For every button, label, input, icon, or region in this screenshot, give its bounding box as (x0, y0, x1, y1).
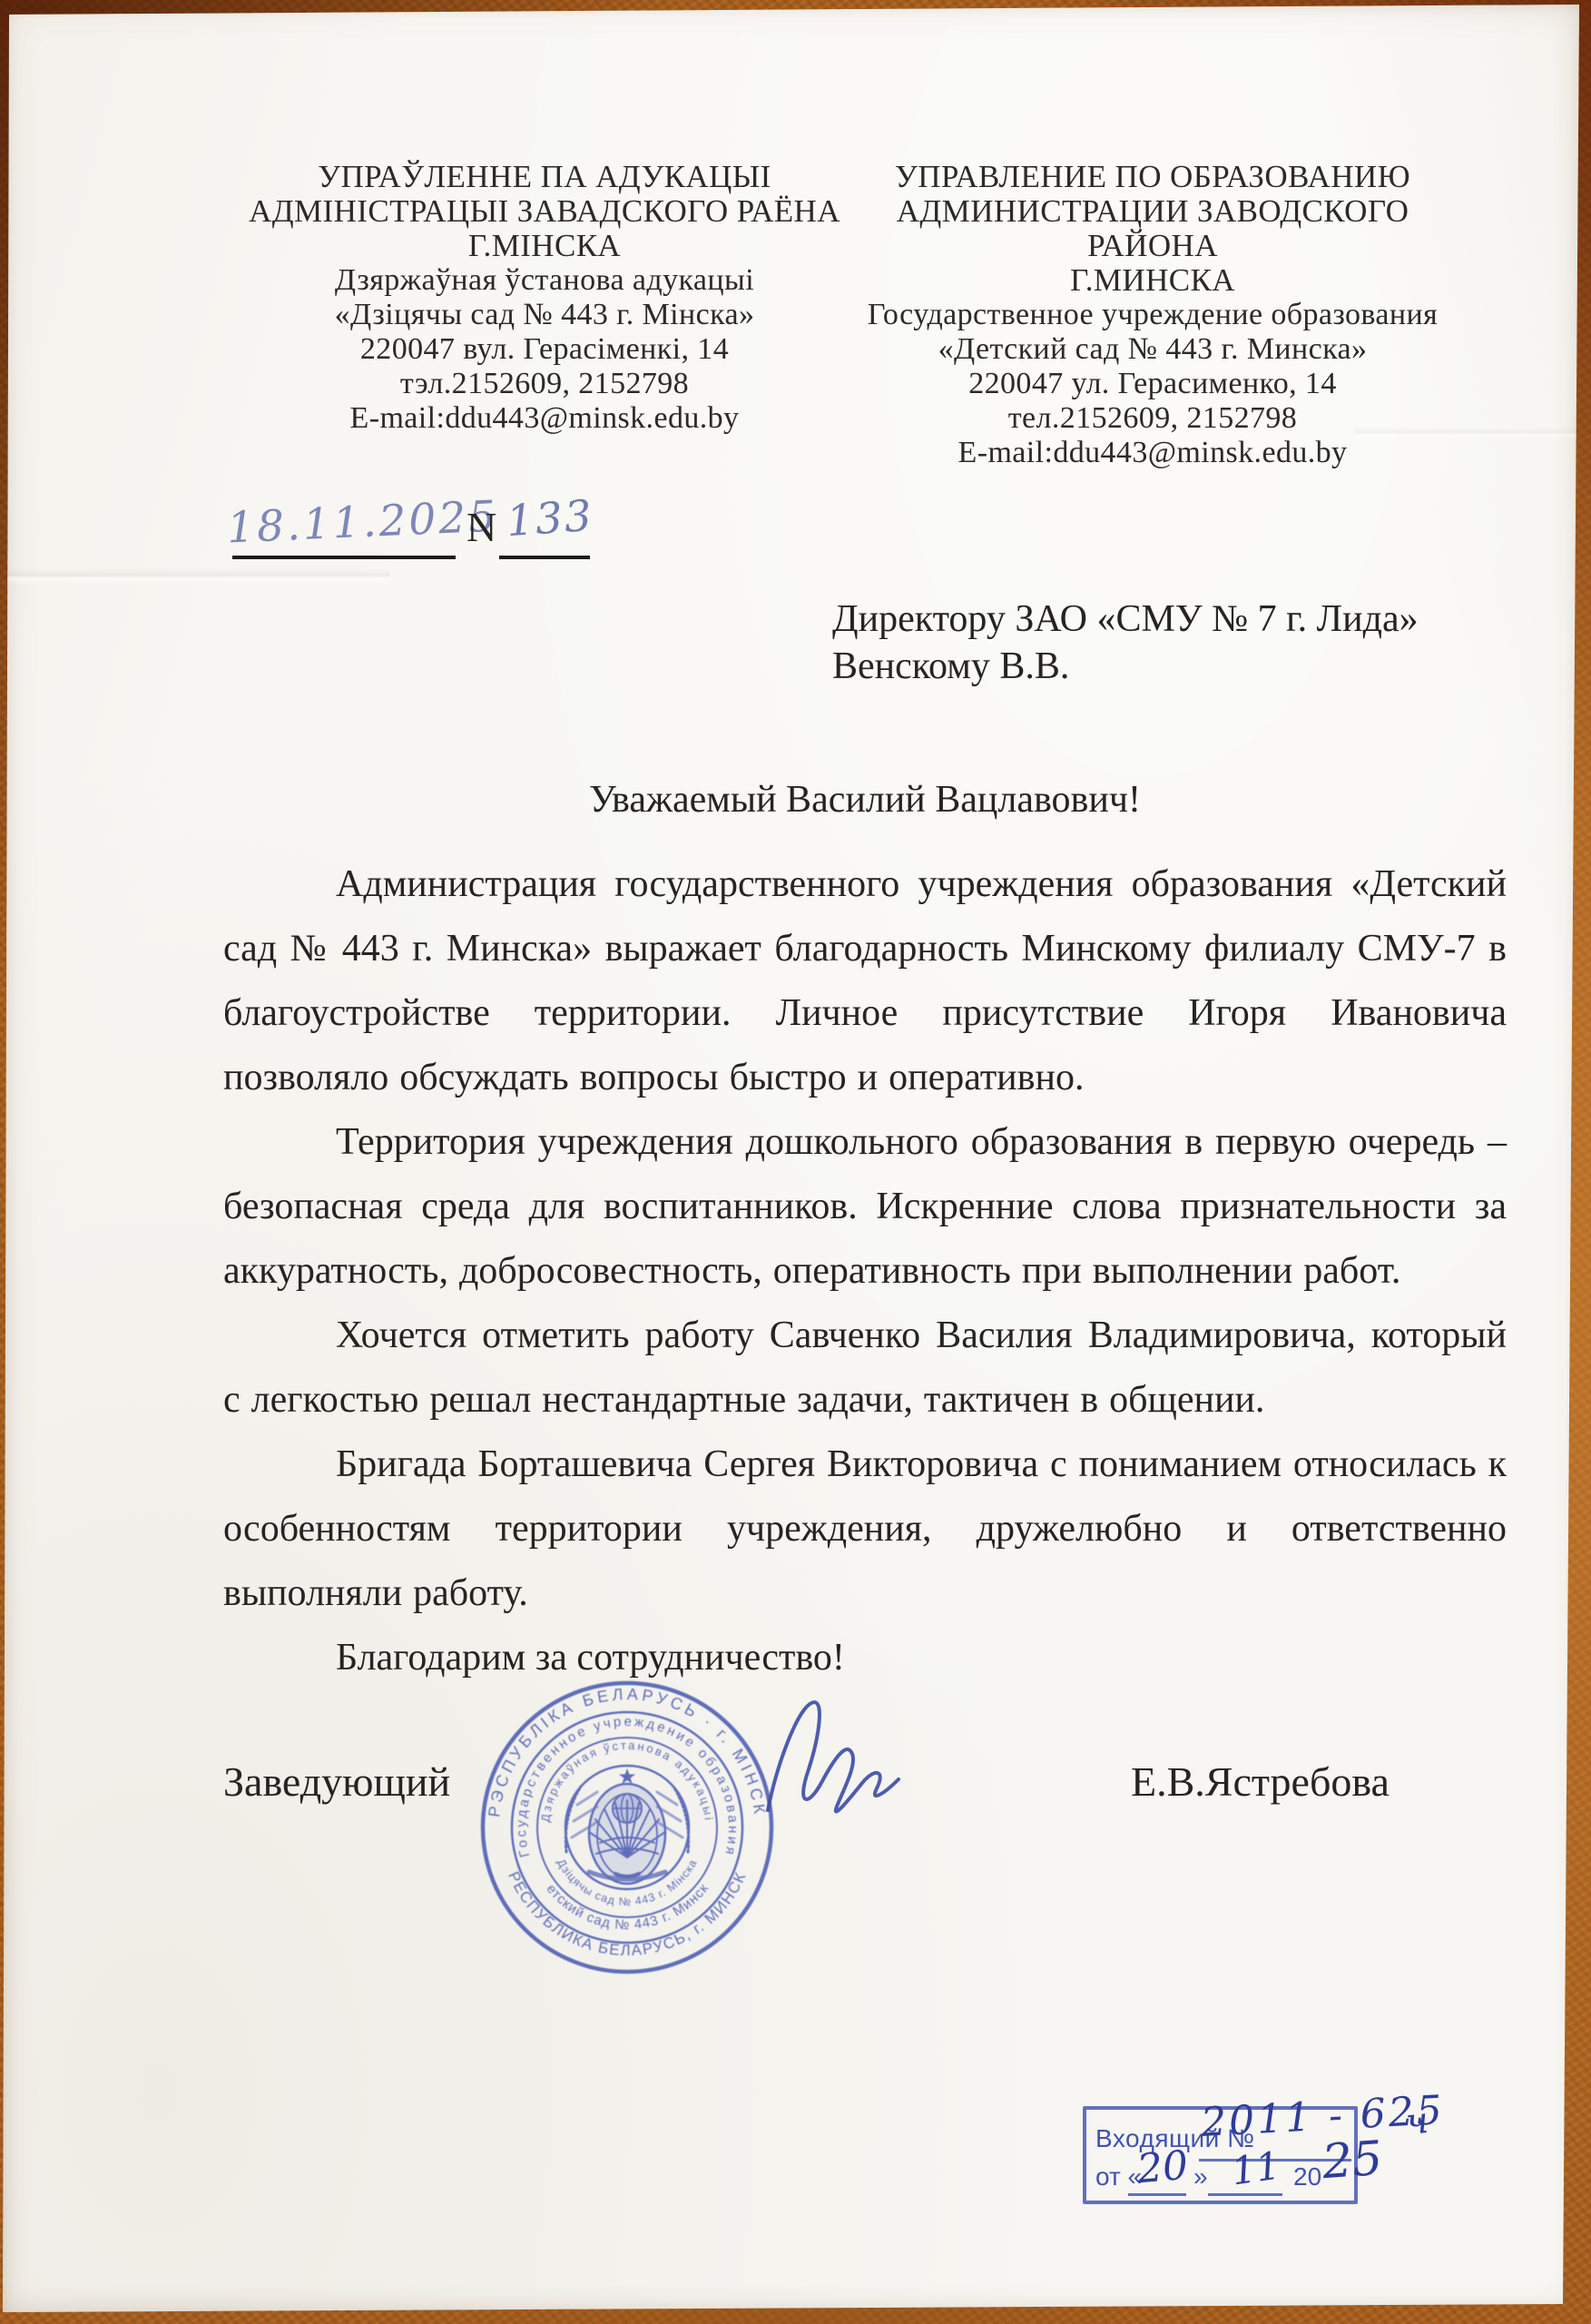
incoming-year-handwritten: 25 (1321, 2132, 1384, 2190)
incoming-date-prefix: от « (1095, 2162, 1142, 2191)
paragraph-2: Территория учреждения дошкольного образо… (223, 1110, 1507, 1304)
handwritten-number: 133 (505, 491, 594, 547)
letterhead-line: 220047 вул. Герасіменкі, 14 (231, 332, 858, 367)
incoming-quote-close: » (1193, 2162, 1208, 2191)
incoming-month-blank-line (1208, 2193, 1282, 2196)
signoff-position: Заведующий (223, 1758, 450, 1806)
paragraph-3: Хочется отметить работу Савченко Василия… (223, 1304, 1507, 1433)
addressee-block: Директору ЗАО «СМУ № 7 г. Лида» Венскому… (832, 596, 1419, 690)
letter-paper: УПРАЎЛЕННЕ ПА АДУКАЦЫІ АДМІНІСТРАЦЫІ ЗАВ… (0, 0, 1591, 2324)
paper-crease (0, 568, 390, 585)
addressee-line1: Директору ЗАО «СМУ № 7 г. Лида» (832, 596, 1419, 643)
paragraph-1: Администрация государственного учреждени… (223, 852, 1507, 1110)
incoming-number-suffix: ч (1404, 2100, 1431, 2143)
letterhead-line: Дзяржаўная ўстанова адукацыі (231, 263, 858, 298)
salutation: Уважаемый Василий Вацлавович! (223, 768, 1507, 832)
letterhead-email: E-mail:ddu443@minsk.edu.by (231, 401, 858, 436)
letterhead-russian: УПРАВЛЕНИЕ ПО ОБРАЗОВАНИЮ АДМИНИСТРАЦИИ … (840, 160, 1466, 470)
letterhead-belarusian: УПРАЎЛЕННЕ ПА АДУКАЦЫІ АДМІНІСТРАЦЫІ ЗАВ… (231, 160, 858, 436)
letterhead-line: Г.МІНСКА (231, 229, 858, 263)
letterhead-line: АДМІНІСТРАЦЫІ ЗАВАДСКОГО РАЁНА (231, 194, 858, 229)
scanned-letter-photo: УПРАЎЛЕННЕ ПА АДУКАЦЫІ АДМІНІСТРАЦЫІ ЗАВ… (0, 0, 1591, 2324)
incoming-month-handwritten: 11 (1229, 2143, 1283, 2194)
number-underline (499, 556, 590, 559)
letterhead-line: Г.МИНСКА (840, 263, 1466, 298)
letterhead-line: АДМИНИСТРАЦИИ ЗАВОДСКОГО РАЙОНА (840, 194, 1466, 263)
date-underline (232, 556, 456, 559)
paragraph-4: Бригада Борташевича Сергея Викторовича с… (223, 1433, 1507, 1626)
signoff-name: Е.В.Ястребова (1131, 1758, 1390, 1806)
letterhead-line: 220047 ул. Герасименко, 14 (840, 367, 1466, 401)
incoming-registration-stamp: Входящий № 2011 - 625 ч от « 20 » 11 20 … (1083, 2106, 1358, 2204)
letterhead-line: «Детский сад № 443 г. Минска» (840, 332, 1466, 367)
letterhead-email: E-mail:ddu443@minsk.edu.by (840, 436, 1466, 470)
letterhead-line: УПРАЎЛЕННЕ ПА АДУКАЦЫІ (231, 160, 858, 194)
letter-body: Уважаемый Василий Вацлавович! Администра… (223, 768, 1507, 1690)
number-label: N (466, 503, 496, 551)
coat-of-arms-emblem (565, 1768, 688, 1884)
letterhead-line: Государственное учреждение образования (840, 298, 1466, 332)
letterhead-line: УПРАВЛЕНИЕ ПО ОБРАЗОВАНИЮ (840, 160, 1466, 194)
incoming-year-printed: 20 (1293, 2162, 1321, 2191)
director-signature (690, 1656, 962, 1837)
letterhead-line: тел.2152609, 2152798 (840, 401, 1466, 436)
addressee-line2: Венскому В.В. (832, 643, 1419, 690)
handwritten-date: 18.11.2025 (226, 492, 499, 554)
incoming-day-handwritten: 20 (1135, 2142, 1190, 2193)
letterhead-line: тэл.2152609, 2152798 (231, 367, 858, 401)
letterhead-line: «Дзіцячы сад № 443 г. Мінска» (231, 298, 858, 332)
incoming-day-blank-line (1128, 2193, 1186, 2196)
